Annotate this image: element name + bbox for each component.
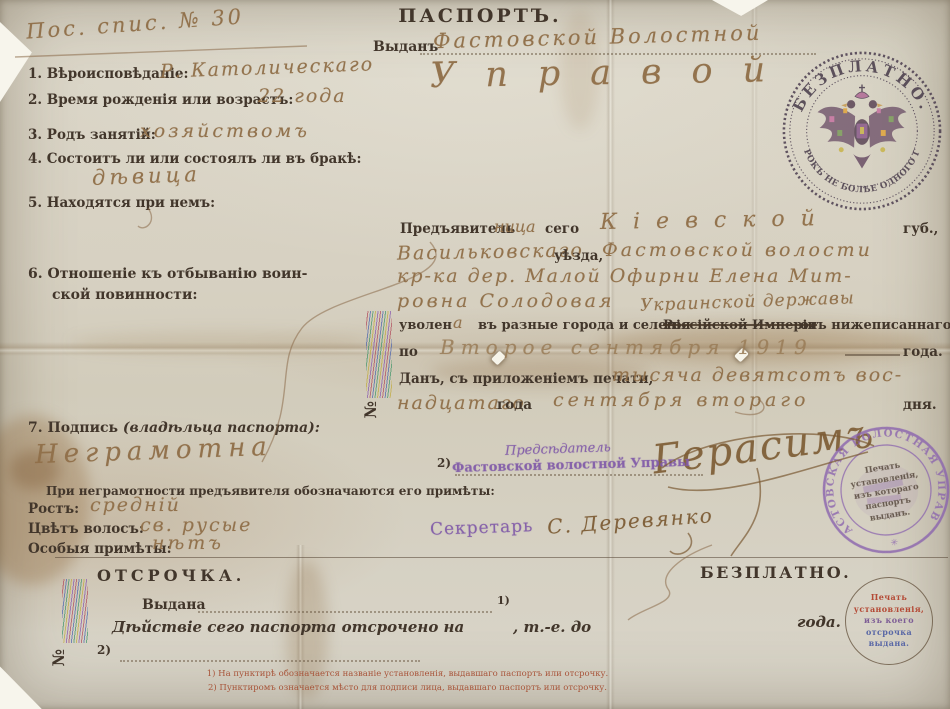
flourish-stroke	[15, 46, 307, 57]
footnote-1: 1) На пунктирѣ обозначается названіе уст…	[185, 667, 630, 681]
volost-value: Фастовской волости	[602, 239, 873, 261]
field-1-num: 1.	[28, 66, 42, 82]
seal-placeholder-line: отсрочка	[866, 627, 912, 639]
released-label: уволен	[399, 318, 452, 333]
deferral-fn2-marker: 2)	[97, 643, 111, 657]
deferral-line: Дѣйствіе сего паспорта отсрочено на	[112, 618, 464, 636]
field-5-num: 5.	[28, 195, 42, 211]
gubernia-label: губ.,	[903, 221, 938, 237]
height-label: Ростъ:	[28, 501, 79, 517]
field-6-text: Отношеніе къ отбыванію воин-	[48, 266, 308, 282]
chairman-stamp-line-1: Предсѣдатель	[505, 440, 611, 459]
field-5-text: Находятся при немъ:	[47, 195, 215, 211]
field-4-value: дѣвица	[92, 162, 202, 190]
field-6-label: 6. Отношеніе къ отбыванію воин-	[28, 266, 307, 282]
valid-until-value: Второе сентября 1919	[440, 335, 813, 359]
field-3-num: 3.	[28, 127, 42, 143]
page-title: ПАСПОРТЪ.	[360, 5, 600, 27]
presenter-sego: сего	[545, 221, 579, 237]
field-5-label: 5. Находятся при немъ:	[28, 195, 215, 211]
field-2-value: 22 года	[258, 85, 347, 107]
seal-placeholder-line: изъ коего	[864, 615, 914, 627]
eagle-stamp: БЕЗПЛАТНО. НА СРОКЪ НЕ БОЛѢЕ ОДНОГО ГОДА…	[778, 47, 946, 215]
footnotes: 1) На пунктирѣ обозначается названіе уст…	[185, 667, 630, 695]
signature-swash	[670, 533, 692, 554]
deferral-line-end: , т.-е. до	[513, 618, 591, 636]
security-stripe-top	[366, 311, 392, 398]
secretary-signature: С. Деревянко	[546, 503, 714, 539]
released-suffix-hand: а	[453, 313, 463, 332]
valid-until-label: по	[399, 344, 418, 360]
field-2-text: Время рожденія или возрастъ:	[47, 92, 294, 108]
field-3-value: хозяйствомъ	[140, 120, 310, 142]
deferral-heading: ОТСРОЧКА.	[97, 566, 245, 585]
deferral-dotted-line-2	[120, 660, 420, 662]
seal-placeholder-circle: Печать установленія, изъ коего отсрочка …	[845, 577, 933, 665]
field-4-num: 4.	[28, 151, 42, 167]
state-overwrite-hand: Украинской державы	[640, 288, 855, 315]
field-6-num: 6.	[28, 266, 43, 282]
section-divider	[55, 557, 948, 558]
signature-swash	[731, 468, 760, 556]
deferral-dotted-line-1	[198, 611, 492, 613]
hair-label: Цвѣтъ волосъ:	[28, 521, 144, 537]
deferral-fn1-marker: 1)	[497, 594, 510, 607]
no-mark-bottom: №	[49, 649, 68, 666]
marks-label: Особыя примѣты:	[28, 541, 172, 557]
dash-line	[845, 354, 900, 356]
field-7-num: 7.	[28, 420, 43, 436]
uezd-label: уѣзда,	[554, 248, 603, 264]
security-stripe-bottom	[62, 579, 88, 643]
person-line-1: кр-ка дер. Малой Офирни Елена Мит-	[397, 265, 853, 287]
deferral-issued-label: Выдана	[142, 597, 206, 613]
no-mark-top: №	[361, 401, 380, 418]
passport-document: Пос. спис. № 30 ПАСПОРТЪ. Выданъ Фастовс…	[0, 0, 950, 709]
height-value: средній	[90, 494, 181, 516]
secretary-stamp: Секретарь	[430, 516, 534, 540]
seal-placeholder-line: Печать	[871, 592, 907, 604]
released-struck-text: Россійской Имперіи	[663, 318, 817, 333]
deferral-year: года.	[797, 613, 841, 631]
field-1-value: Р. Католическаго	[160, 53, 375, 82]
marks-value: нѣтъ	[152, 532, 224, 554]
seal-placeholder-line: установленія,	[854, 604, 924, 616]
goda-label: года	[497, 397, 532, 413]
year-label: года.	[903, 344, 943, 360]
officials-footnote-marker: 2)	[437, 456, 451, 470]
torn-notch-top-right	[712, 0, 768, 16]
stamp-star: ✳	[890, 538, 899, 549]
given-value-1: тысяча девятсотъ вос-	[612, 364, 903, 386]
footnote-2: 2) Пунктиромъ означается мѣсто для подпи…	[185, 681, 630, 695]
field-7-text: Подпись	[48, 420, 119, 436]
issued-to-value-2: Управой	[430, 50, 796, 96]
volost-round-stamp: ФАСТОВСКАЯ ВОЛОСТНАЯ УПРАВА ✳ Печать уст…	[806, 410, 950, 570]
double-headed-eagle-icon	[818, 85, 907, 169]
field-3-label: 3. Родъ занятій:	[28, 127, 156, 143]
seal-placeholder-line: выдана.	[869, 638, 910, 650]
field-7-label: 7. Подпись (владѣльца паспорта):	[28, 420, 320, 436]
field-6-label-2: ской повинности:	[52, 287, 198, 303]
presenter-suffix-hand: ница	[494, 217, 536, 236]
field-2-label: 2. Время рожденія или возрастъ:	[28, 92, 293, 108]
released-text-2: отъ нижеписаннаго числа	[800, 318, 950, 333]
field-2-num: 2.	[28, 92, 42, 108]
released-text-1: въ разные города и селенія	[478, 318, 691, 333]
stain	[70, 332, 370, 354]
given-value-3: сентября втораго	[553, 389, 809, 411]
day-label: дня.	[903, 397, 937, 413]
corner-note: Пос. спис. № 30	[25, 4, 244, 43]
person-line-2: ровна Солодовая	[397, 290, 615, 312]
field-4-text: Состоитъ ли или состоялъ ли въ бракѣ:	[47, 151, 362, 167]
